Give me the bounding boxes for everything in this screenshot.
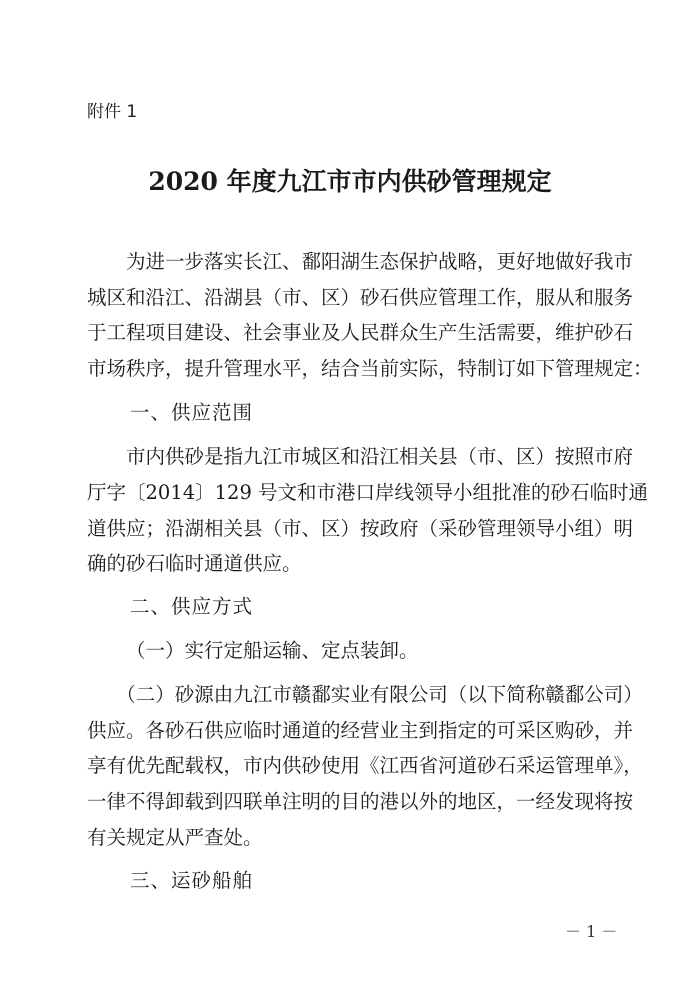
intro-line-3: 于工程项目建设、社会事业及人民群众生产生活需要，维护砂石 bbox=[87, 320, 615, 346]
section1-line-1: 市内供砂是指九江市城区和沿江相关县（市、区）按照市府 bbox=[87, 444, 615, 470]
section-heading-supply-method: 二、供应方式 bbox=[130, 594, 253, 620]
page-number: － 1 － bbox=[565, 920, 617, 944]
intro-line-2: 城区和沿江、沿湖县（市、区）砂石供应管理工作，服从和服务 bbox=[87, 285, 615, 311]
section2-item2-line-3: 享有优先配载权，市内供砂使用《江西省河道砂石采运管理单》， bbox=[87, 753, 615, 779]
section2-item-1: （一）实行定船运输、定点装卸。 bbox=[126, 638, 419, 664]
intro-line-1: 为进一步落实长江、鄱阳湖生态保护战略，更好地做好我市 bbox=[87, 249, 615, 275]
section1-line-3: 道供应；沿湖相关县（市、区）按政府（采砂管理领导小组）明 bbox=[87, 516, 615, 542]
section-heading-supply-scope: 一、供应范围 bbox=[130, 400, 253, 426]
section-heading-sand-vessels: 三、运砂船舶 bbox=[130, 868, 253, 894]
section2-item2-line-4: 一律不得卸载到四联单注明的目的港以外的地区，一经发现将按 bbox=[87, 789, 615, 815]
attachment-label: 附件 1 bbox=[87, 100, 137, 124]
document-page: 附件 1 2020 年度九江市市内供砂管理规定 为进一步落实长江、鄱阳湖生态保护… bbox=[0, 0, 700, 990]
section1-line-2: 厅字〔2014〕129 号文和市港口岸线领导小组批准的砂石临时通 bbox=[87, 480, 615, 506]
intro-line-4: 市场秩序，提升管理水平，结合当前实际，特制订如下管理规定： bbox=[87, 356, 615, 382]
section1-line-4: 确的砂石临时通道供应。 bbox=[87, 551, 615, 577]
document-title: 2020 年度九江市市内供砂管理规定 bbox=[0, 164, 700, 200]
section2-item2-line-2: 供应。各砂石供应临时通道的经营业主到指定的可采区购砂，并 bbox=[87, 718, 615, 744]
section2-item2-line-1: （二）砂源由九江市赣鄱实业有限公司（以下简称赣鄱公司） bbox=[87, 682, 615, 708]
section2-item2-line-5: 有关规定从严查处。 bbox=[87, 825, 615, 851]
